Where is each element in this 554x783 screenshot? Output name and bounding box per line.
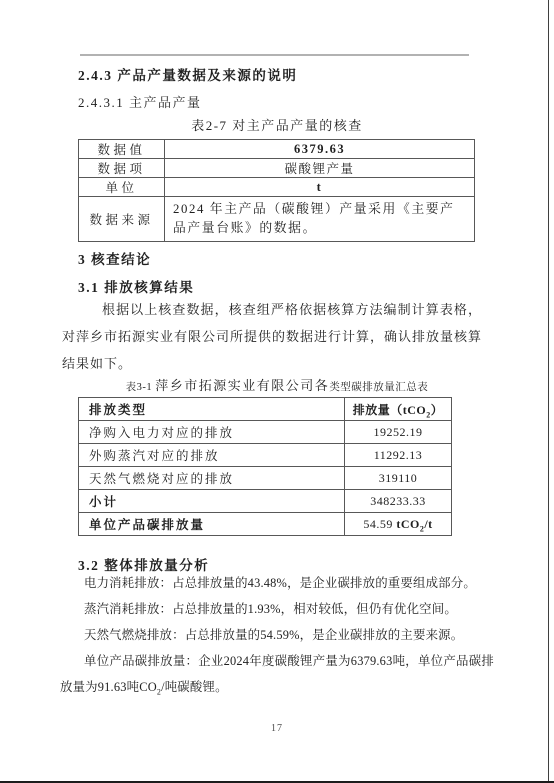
table-row: 净购入电力对应的排放 19252.19 bbox=[79, 421, 452, 444]
emission-value-cell: 19252.19 bbox=[345, 421, 452, 444]
table-2-7: 数据值 6379.63 数据项 碳酸锂产量 单位 t 数据来源 2024 年主产… bbox=[78, 139, 475, 242]
emission-value-cell: 11292.13 bbox=[345, 444, 452, 467]
amount-label-close: ） bbox=[431, 403, 444, 417]
table-3-1-caption: 表3-1 萍乡市拓源实业有限公司各类型碳排放量汇总表 bbox=[0, 375, 554, 394]
subtotal-label-cell: 小计 bbox=[79, 490, 345, 513]
table-row: 单位 t bbox=[79, 178, 475, 197]
unit-product-text-close: /吨碳酸锂。 bbox=[161, 680, 228, 694]
row-value-cell: 2024 年主产品（碳酸锂）产量采用《主要产品产量台账》的数据。 bbox=[165, 197, 475, 242]
row-label-cell: 数据项 bbox=[79, 159, 165, 178]
emission-type-cell: 净购入电力对应的排放 bbox=[79, 421, 345, 444]
heading-3-1: 3.1 排放核算结果 bbox=[78, 276, 194, 296]
analysis-unit-product: 单位产品碳排放量：企业2024年度碳酸锂产量为6379.63吨，单位产品碳排放量… bbox=[60, 648, 494, 700]
analysis-section: 电力消耗排放：占总排放量的43.48%，是企业碳排放的重要组成部分。 蒸汽消耗排… bbox=[60, 570, 494, 700]
row-value-cell: 碳酸锂产量 bbox=[165, 159, 475, 178]
table-row: 小计 348233.33 bbox=[79, 490, 452, 513]
scan-edge-right-artifact bbox=[548, 0, 549, 783]
unit-emission-unit: tCO bbox=[396, 517, 420, 531]
heading-3: 3 核查结论 bbox=[78, 248, 151, 268]
emission-type-cell: 外购蒸汽对应的排放 bbox=[79, 444, 345, 467]
table-3-1: 排放类型 排放量（tCO2） 净购入电力对应的排放 19252.19 外购蒸汽对… bbox=[78, 397, 452, 536]
emission-value-cell: 319110 bbox=[345, 467, 452, 490]
header-type-cell: 排放类型 bbox=[79, 398, 345, 421]
table-row: 数据来源 2024 年主产品（碳酸锂）产量采用《主要产品产量台账》的数据。 bbox=[79, 197, 475, 242]
unit-emission-label-cell: 单位产品碳排放量 bbox=[79, 513, 345, 536]
table-row: 数据项 碳酸锂产量 bbox=[79, 159, 475, 178]
heading-2-4-3: 2.4.3 产品产量数据及来源的说明 bbox=[78, 64, 297, 84]
row-value-cell: t bbox=[165, 178, 475, 197]
header-amount-cell: 排放量（tCO2） bbox=[345, 398, 452, 421]
row-label-cell: 数据来源 bbox=[79, 197, 165, 242]
caption-prefix: 表3-1 bbox=[126, 382, 156, 393]
document-page: 2.4.3 产品产量数据及来源的说明 2.4.3.1 主产品产量 表2-7 对主… bbox=[0, 0, 554, 783]
row-label-cell: 数据值 bbox=[79, 140, 165, 159]
emission-type-cell: 天然气燃烧对应的排放 bbox=[79, 467, 345, 490]
table-row: 天然气燃烧对应的排放 319110 bbox=[79, 467, 452, 490]
unit-emission-unit-close: /t bbox=[424, 517, 432, 531]
row-value-cell: 6379.63 bbox=[165, 140, 475, 159]
table-row: 数据值 6379.63 bbox=[79, 140, 475, 159]
unit-product-text: 单位产品碳排放量：企业2024年度碳酸锂产量为6379.63吨，单位产品碳排放量… bbox=[60, 654, 494, 694]
amount-label: 排放量（tCO bbox=[353, 403, 427, 417]
unit-emission-value-cell: 54.59 tCO2/t bbox=[345, 513, 452, 536]
header-rule bbox=[80, 54, 469, 56]
caption-main: 萍乡市拓源实业有限公司各 bbox=[155, 378, 329, 393]
row-label-cell: 单位 bbox=[79, 178, 165, 197]
unit-emission-number: 54.59 bbox=[363, 517, 396, 531]
page-number: 17 bbox=[0, 723, 554, 734]
table-row: 单位产品碳排放量 54.59 tCO2/t bbox=[79, 513, 452, 536]
heading-2-4-3-1: 2.4.3.1 主产品产量 bbox=[78, 92, 202, 111]
caption-suffix: 类型碳排放量汇总表 bbox=[329, 382, 428, 393]
table-2-7-caption: 表2-7 对主产品产量的核查 bbox=[0, 115, 554, 134]
analysis-electricity: 电力消耗排放：占总排放量的43.48%，是企业碳排放的重要组成部分。 bbox=[60, 570, 494, 596]
subtotal-value-cell: 348233.33 bbox=[345, 490, 452, 513]
analysis-natural-gas: 天然气燃烧排放：占总排放量的54.59%，是企业碳排放的主要来源。 bbox=[60, 622, 494, 648]
table-header-row: 排放类型 排放量（tCO2） bbox=[79, 398, 452, 421]
verification-paragraph: 根据以上核查数据，核查组严格依据核算方法编制计算表格，对萍乡市拓源实业有限公司所… bbox=[62, 296, 482, 377]
table-row: 外购蒸汽对应的排放 11292.13 bbox=[79, 444, 452, 467]
analysis-steam: 蒸汽消耗排放：占总排放量的1.93%，相对较低，但仍有优化空间。 bbox=[60, 596, 494, 622]
